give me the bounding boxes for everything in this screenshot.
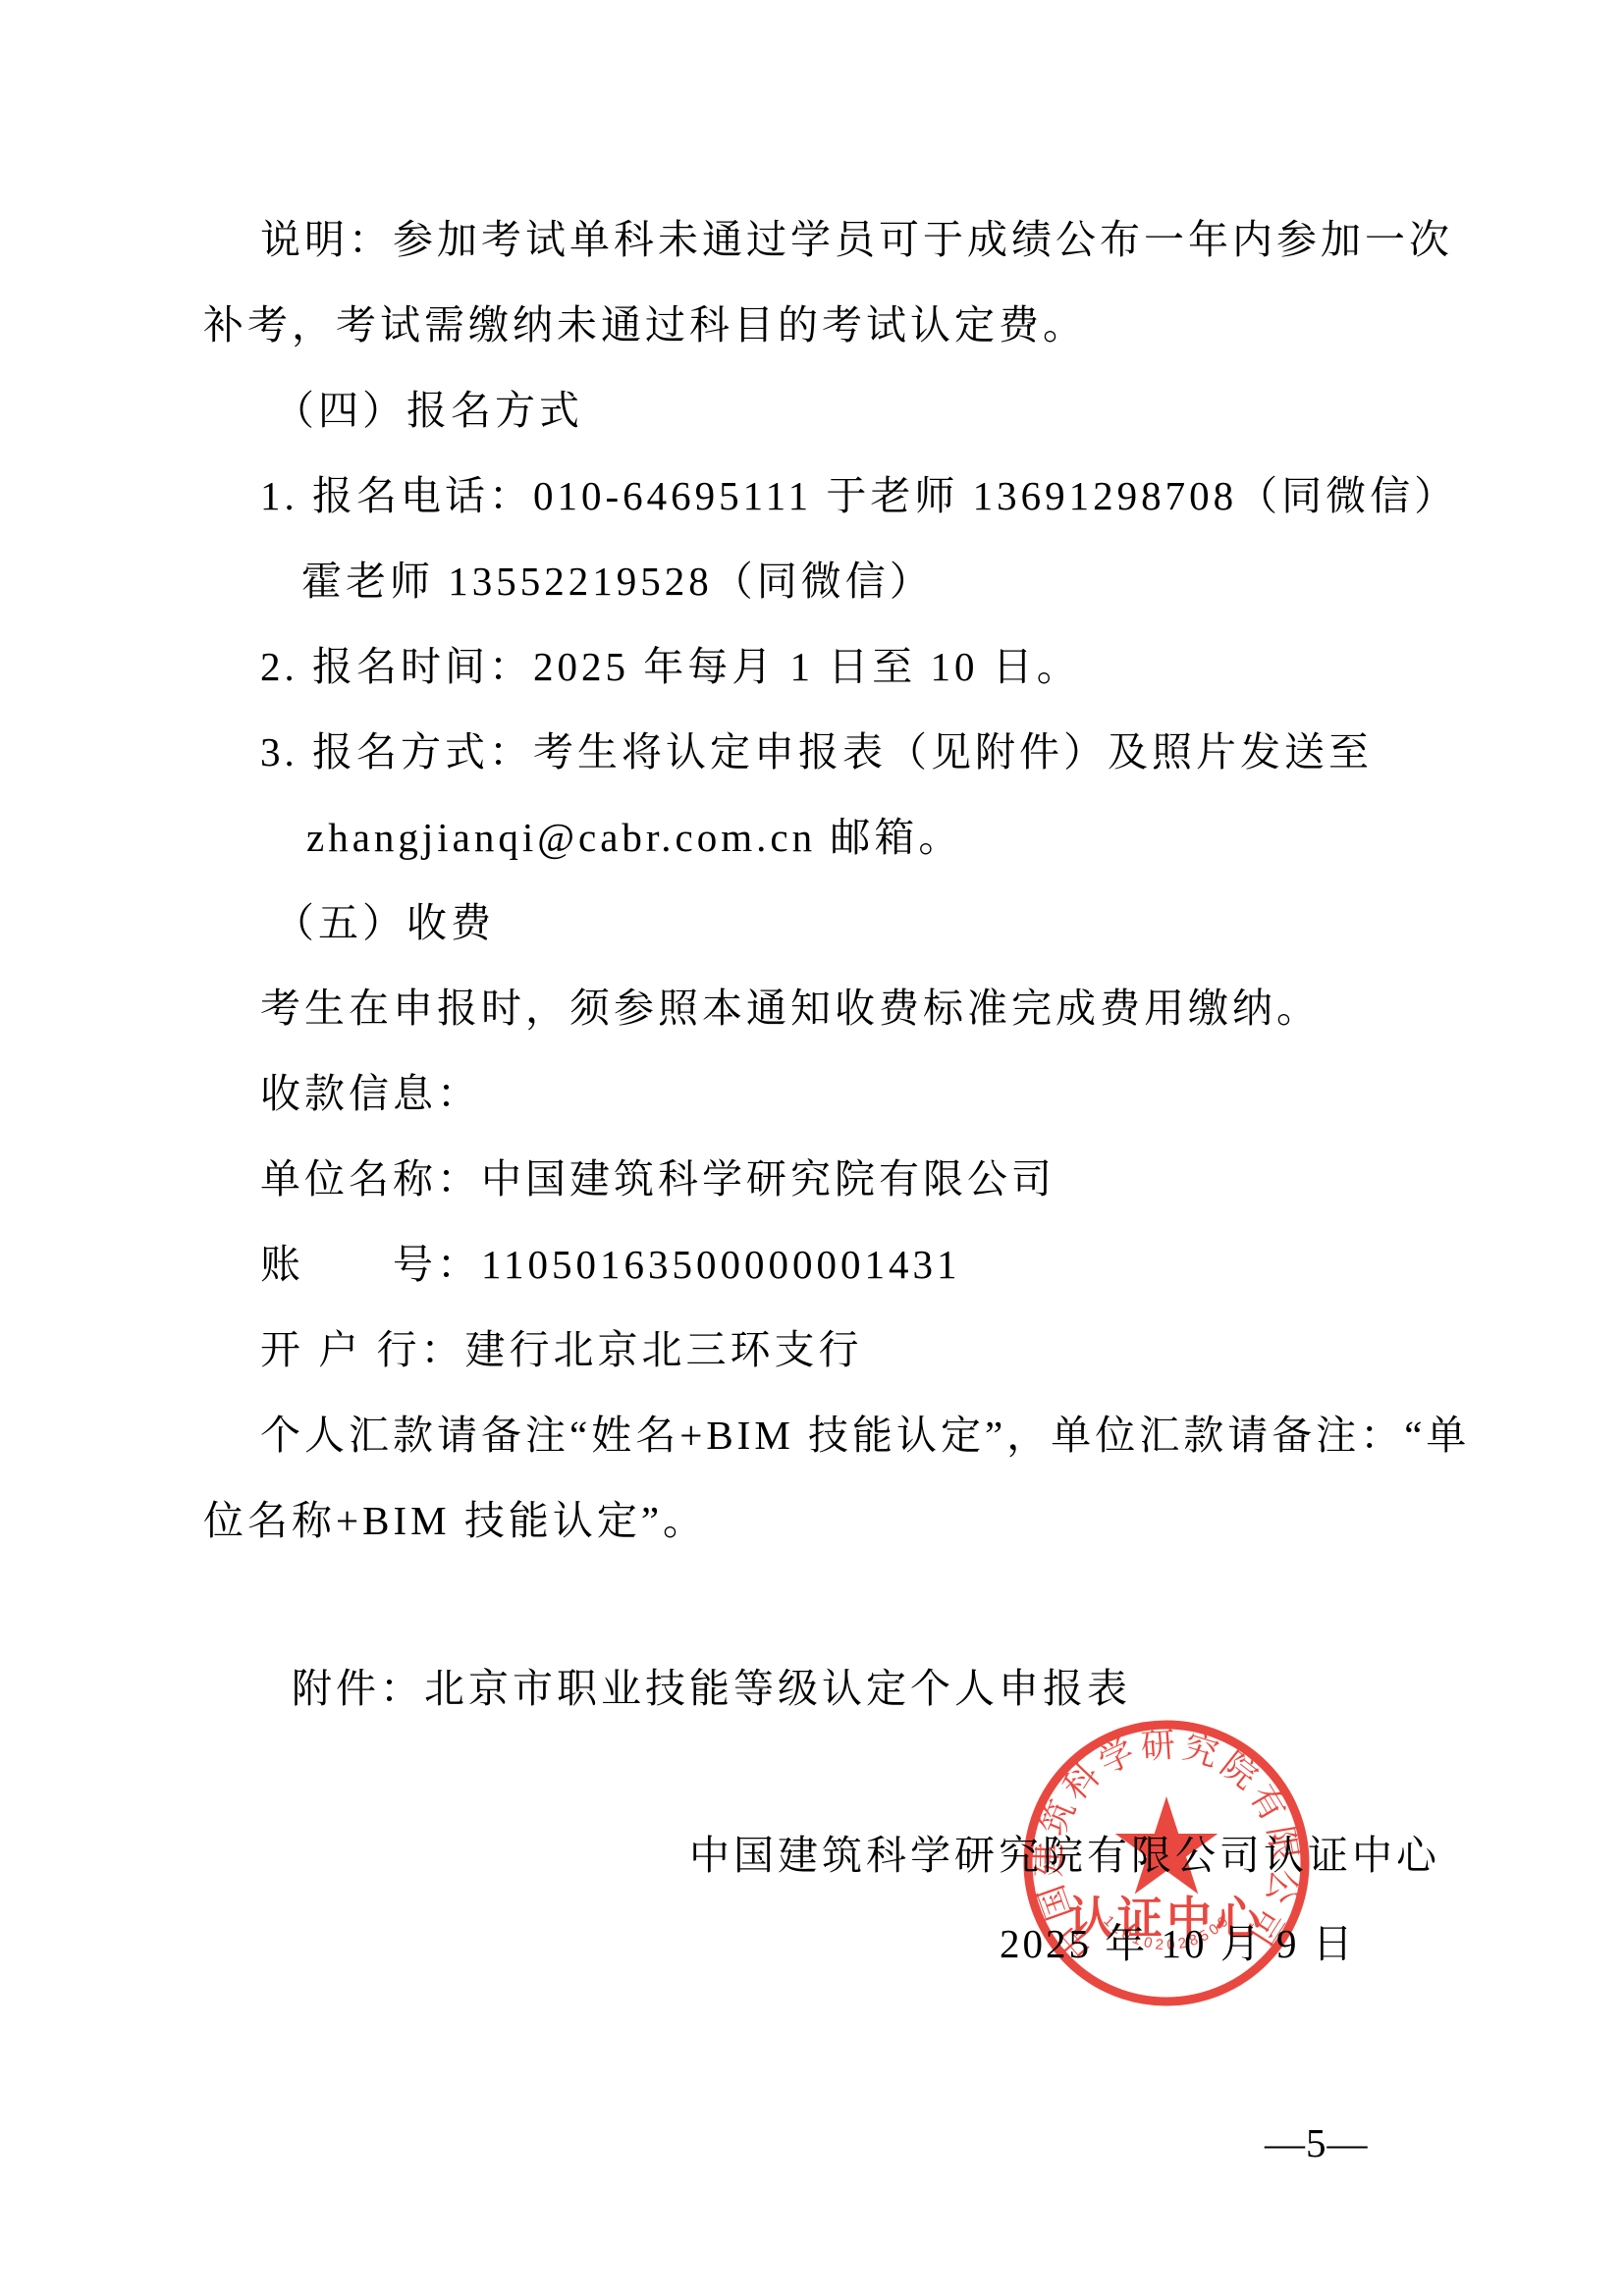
- text-line-note-2: 补考，考试需缴纳未通过科目的考试认定费。: [203, 283, 1539, 368]
- text-line-phone-2: 霍老师 13552219528（同微信）: [203, 539, 1539, 624]
- text-line-account-no: 账 号：11050163500000001431: [203, 1222, 1539, 1308]
- seal-center-text: 认证中心: [1068, 1894, 1265, 1944]
- text-line-phone: 1. 报名电话：010-64695111 于老师 13691298708（同微信…: [203, 454, 1539, 539]
- heading-section-4: （四）报名方式: [203, 368, 1539, 454]
- heading-section-5: （五）收费: [203, 881, 1539, 966]
- seal-star-icon: [1115, 1796, 1218, 1895]
- page-number: —5—: [1265, 2100, 1369, 2186]
- attachment-line: 附件：北京市职业技能等级认定个人申报表: [292, 1645, 1131, 1732]
- text-line-email: zhangjianqi@cabr.com.cn 邮箱。: [203, 795, 1539, 881]
- official-seal: 中国建筑科学研究院有限公司 1101020285099 认证中心: [1019, 1716, 1314, 2010]
- text-line-remit-note-2: 位名称+BIM 技能认定”。: [203, 1478, 1539, 1564]
- text-line-payment-note: 考生在申报时，须参照本通知收费标准完成费用缴纳。: [203, 966, 1539, 1051]
- text-line-bank: 开 户 行：建行北京北三环支行: [203, 1308, 1539, 1393]
- text-line-remit-note-1: 个人汇款请备注“姓名+BIM 技能认定”，单位汇款请备注：“单: [203, 1393, 1539, 1478]
- document-page: 说明：参加考试单科未通过学员可于成绩公布一年内参加一次 补考，考试需缴纳未通过科…: [0, 0, 1624, 2296]
- document-body: 说明：参加考试单科未通过学员可于成绩公布一年内参加一次 补考，考试需缴纳未通过科…: [203, 197, 1539, 1564]
- text-line-payee-header: 收款信息：: [203, 1051, 1539, 1137]
- text-line-note-1: 说明：参加考试单科未通过学员可于成绩公布一年内参加一次: [203, 197, 1539, 283]
- text-line-reg-method: 3. 报名方式：考生将认定申报表（见附件）及照片发送至: [203, 710, 1539, 795]
- text-line-payee-name: 单位名称：中国建筑科学研究院有限公司: [203, 1137, 1539, 1222]
- text-line-reg-time: 2. 报名时间：2025 年每月 1 日至 10 日。: [203, 624, 1539, 710]
